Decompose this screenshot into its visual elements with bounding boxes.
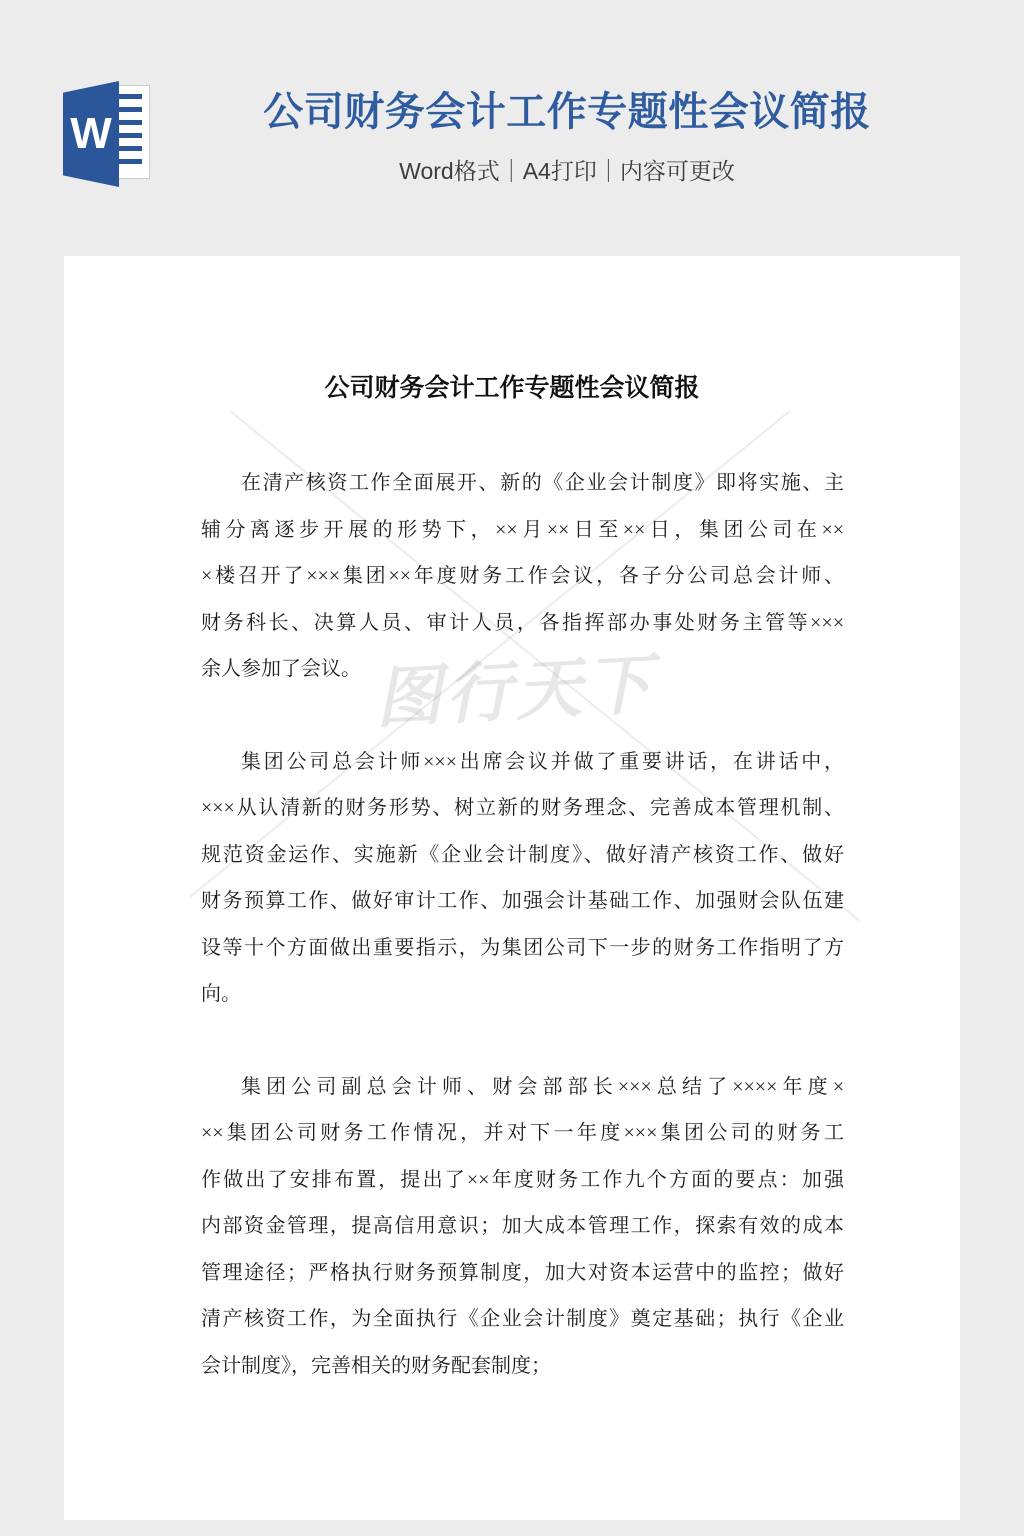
text-line: ×楼召开了×××集团××年度财务工作会议，各子分公司总会计师、 xyxy=(201,553,844,600)
text-line: 管理途径；严格执行财务预算制度，加大对资本运营中的监控；做好 xyxy=(201,1250,844,1297)
text-line: 设等十个方面做出重要指示，为集团公司下一步的财务工作指明了方 xyxy=(201,925,844,972)
header: W 公司财务会计工作专题性会议简报 Word格式｜A4打印｜内容可更改 xyxy=(0,0,1024,256)
document-title: 公司财务会计工作专题性会议简报 xyxy=(64,256,960,408)
page-title: 公司财务会计工作专题性会议简报 xyxy=(110,92,1024,132)
text-line: 会计制度》，完善相关的财务配套制度； xyxy=(201,1343,844,1390)
document-page: 图行天下 公司财务会计工作专题性会议简报 在清产核资工作全面展开、新的《企业会计… xyxy=(64,256,960,1520)
paragraph: 集团公司总会计师×××出席会议并做了重要讲话，在讲话中，×××从认清新的财务形势… xyxy=(201,739,844,1018)
text-line: 规范资金运作、实施新《企业会计制度》、做好清产核资工作、做好 xyxy=(201,832,844,879)
text-line: 清产核资工作，为全面执行《企业会计制度》奠定基础；执行《企业 xyxy=(201,1296,844,1343)
text-line: ×××从认清新的财务形势、树立新的财务理念、完善成本管理机制、 xyxy=(201,785,844,832)
text-line: 财务科长、决算人员、审计人员，各指挥部办事处财务主管等××× xyxy=(201,600,844,647)
text-line: 集团公司副总会计师、财会部部长×××总结了××××年度× xyxy=(201,1064,844,1111)
word-icon-letter: W xyxy=(70,112,112,156)
text-line: 内部资金管理，提高信用意识；加大成本管理工作，探索有效的成本 xyxy=(201,1203,844,1250)
header-text-block: 公司财务会计工作专题性会议简报 Word格式｜A4打印｜内容可更改 xyxy=(110,0,1024,183)
text-line: 财务预算工作、做好审计工作、加强会计基础工作、加强财会队伍建 xyxy=(201,878,844,925)
text-line: 集团公司总会计师×××出席会议并做了重要讲话，在讲话中， xyxy=(201,739,844,786)
text-line: ××集团公司财务工作情况，并对下一年度×××集团公司的财务工 xyxy=(201,1110,844,1157)
document-body: 在清产核资工作全面展开、新的《企业会计制度》即将实施、主辅分离逐步开展的形势下，… xyxy=(201,460,844,1389)
text-line: 向。 xyxy=(201,971,844,1018)
paragraph: 集团公司副总会计师、财会部部长×××总结了××××年度×××集团公司财务工作情况… xyxy=(201,1064,844,1390)
text-line: 作做出了安排布置，提出了××年度财务工作九个方面的要点：加强 xyxy=(201,1157,844,1204)
text-line: 在清产核资工作全面展开、新的《企业会计制度》即将实施、主 xyxy=(201,460,844,507)
text-line: 辅分离逐步开展的形势下，××月××日至××日，集团公司在×× xyxy=(201,507,844,554)
text-line: 余人参加了会议。 xyxy=(201,646,844,693)
page-subtitle: Word格式｜A4打印｜内容可更改 xyxy=(110,159,1024,183)
paragraph: 在清产核资工作全面展开、新的《企业会计制度》即将实施、主辅分离逐步开展的形势下，… xyxy=(201,460,844,693)
